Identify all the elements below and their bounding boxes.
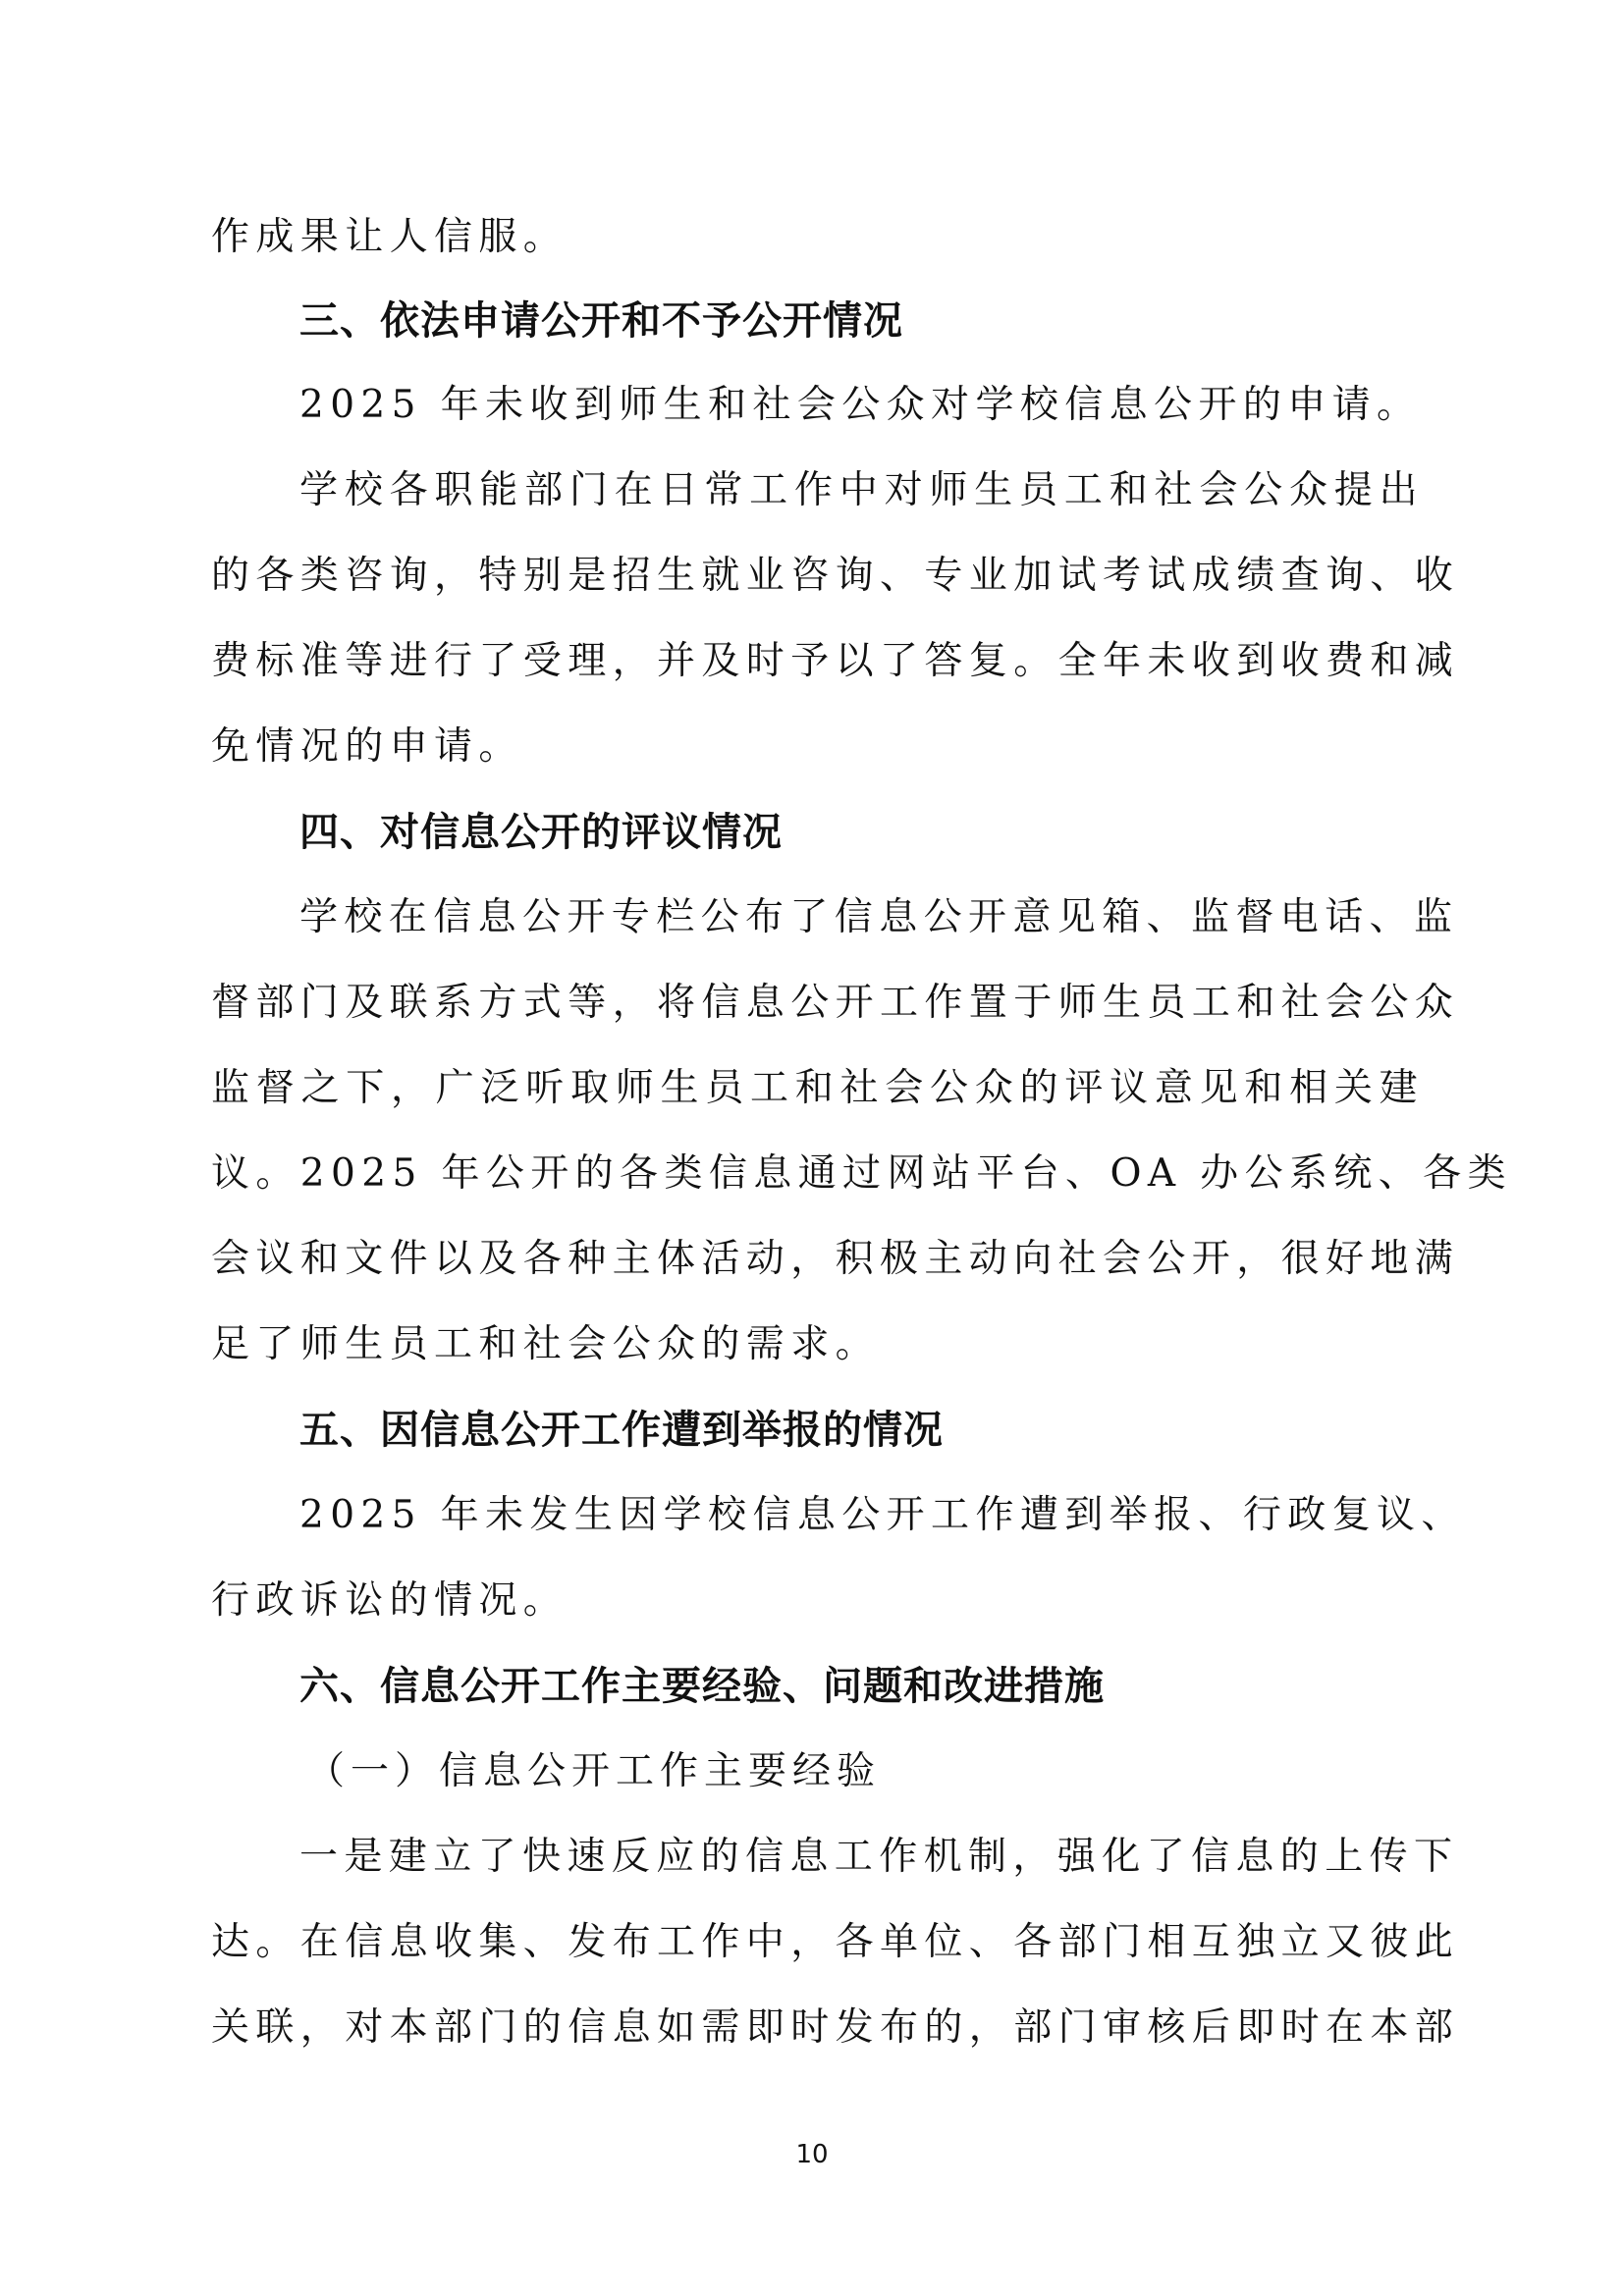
paragraph-line: 2025 年未发生因学校信息公开工作遭到举报、行政复议、 <box>299 1486 1424 1545</box>
paragraph-line: 会议和文件以及各种主体活动，积极主动向社会公开，很好地满 <box>211 1230 1424 1289</box>
paragraph-line: 监督之下，广泛听取师生员工和社会公众的评议意见和相关建 <box>211 1059 1424 1118</box>
section-heading-3: 三、依法申请公开和不予公开情况 <box>299 292 1424 350</box>
page-number: 10 <box>0 2138 1624 2171</box>
paragraph-line: 2025 年未收到师生和社会公众对学校信息公开的申请。 <box>299 376 1424 435</box>
paragraph-line: 学校在信息公开专栏公布了信息公开意见箱、监督电话、监 <box>299 888 1424 947</box>
document-page: 作成果让人信服。 三、依法申请公开和不予公开情况 2025 年未收到师生和社会公… <box>0 0 1624 2296</box>
paragraph-line: 一是建立了快速反应的信息工作机制，强化了信息的上传下 <box>299 1828 1424 1887</box>
paragraph-line: 关联，对本部门的信息如需即时发布的，部门审核后即时在本部 <box>211 1999 1424 2057</box>
section-heading-6: 六、信息公开工作主要经验、问题和改进措施 <box>299 1657 1424 1716</box>
subsection-heading: （一）信息公开工作主要经验 <box>306 1742 1092 1801</box>
paragraph-line: 免情况的申请。 <box>211 718 1424 776</box>
paragraph-line: 足了师生员工和社会公众的需求。 <box>211 1315 1424 1374</box>
paragraph-line: 行政诉讼的情况。 <box>211 1572 1424 1630</box>
paragraph-line: 的各类咨询，特别是招生就业咨询、专业加试考试成绩查询、收 <box>211 547 1424 606</box>
section-heading-4: 四、对信息公开的评议情况 <box>299 803 1424 862</box>
paragraph-line: 达。在信息收集、发布工作中，各单位、各部门相互独立又彼此 <box>211 1913 1424 1972</box>
paragraph-line: 费标准等进行了受理，并及时予以了答复。全年未收到收费和减 <box>211 632 1424 691</box>
paragraph-line: 学校各职能部门在日常工作中对师生员工和社会公众提出 <box>299 461 1424 520</box>
paragraph-line-continuation: 作成果让人信服。 <box>211 208 1424 267</box>
paragraph-line: 督部门及联系方式等，将信息公开工作置于师生员工和社会公众 <box>211 974 1424 1033</box>
paragraph-line: 议。2025 年公开的各类信息通过网站平台、OA 办公系统、各类 <box>211 1145 1424 1203</box>
section-heading-5: 五、因信息公开工作遭到举报的情况 <box>299 1401 1424 1460</box>
